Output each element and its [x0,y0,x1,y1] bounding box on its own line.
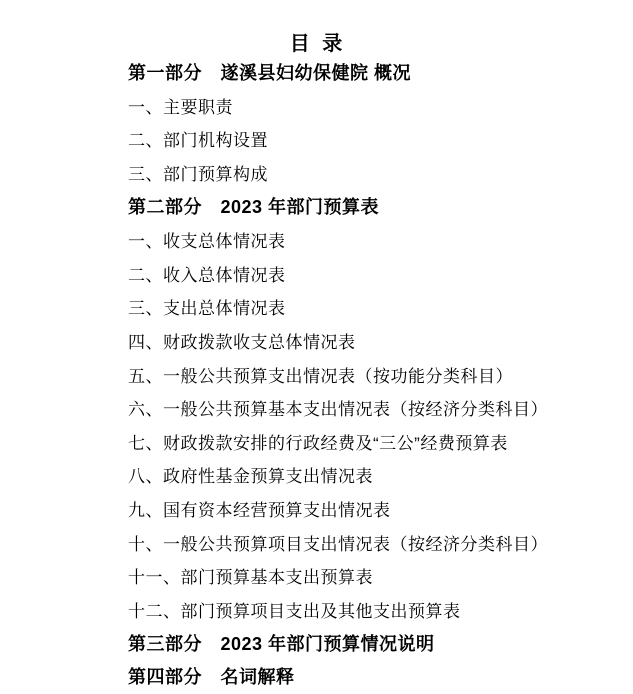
toc-entry: 六、一般公共预算基本支出情况表（按经济分类科目） [128,391,593,425]
toc-entry: 九、国有资本经营预算支出情况表 [128,492,593,526]
toc-entry: 十二、部门预算项目支出及其他支出预算表 [128,593,593,627]
toc-entry: 十、一般公共预算项目支出情况表（按经济分类科目） [128,525,593,559]
table-of-contents: 第一部分 遂溪县妇幼保健院 概况 一、主要职责 二、部门机构设置 三、部门预算构… [0,55,633,693]
toc-entry: 二、部门机构设置 [128,122,593,156]
toc-title: 目 录 [0,0,633,55]
toc-entry: 十一、部门预算基本支出预算表 [128,559,593,593]
toc-entry: 四、财政拨款收支总体情况表 [128,324,593,358]
toc-entry: 三、支出总体情况表 [128,290,593,324]
toc-entry: 二、收入总体情况表 [128,257,593,291]
document-page: 目 录 第一部分 遂溪县妇幼保健院 概况 一、主要职责 二、部门机构设置 三、部… [0,0,633,694]
toc-entry: 一、主要职责 [128,89,593,123]
toc-section-heading: 第四部分 名词解释 [128,660,593,694]
toc-entry: 五、一般公共预算支出情况表（按功能分类科目） [128,357,593,391]
toc-section-heading: 第一部分 遂溪县妇幼保健院 概况 [128,55,593,89]
toc-entry: 一、收支总体情况表 [128,223,593,257]
toc-section-heading: 第二部分 2023 年部门预算表 [128,189,593,223]
toc-entry: 三、部门预算构成 [128,156,593,190]
toc-section-heading: 第三部分 2023 年部门预算情况说明 [128,626,593,660]
toc-entry: 七、财政拨款安排的行政经费及“三公”经费预算表 [128,425,593,459]
toc-entry: 八、政府性基金预算支出情况表 [128,458,593,492]
